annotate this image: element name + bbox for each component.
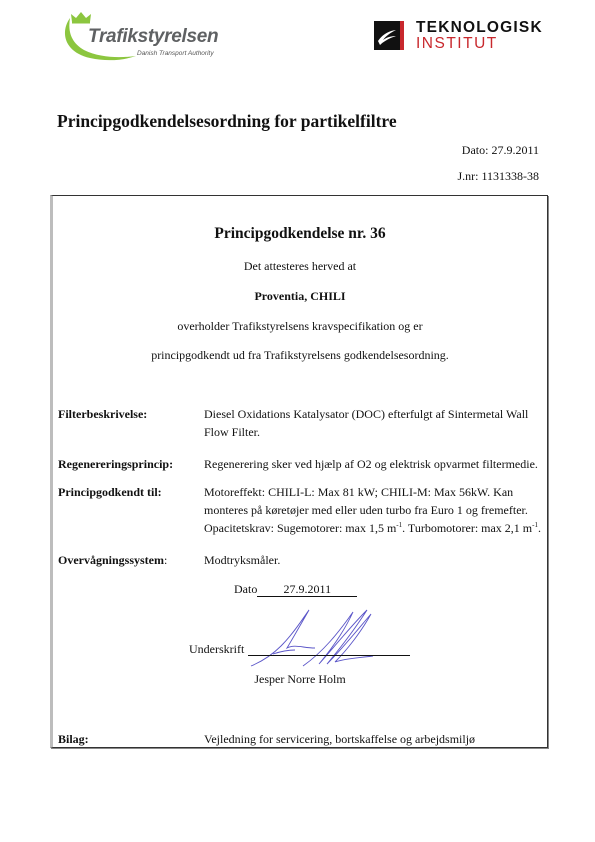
signature-line bbox=[248, 655, 410, 656]
signature-icon bbox=[243, 606, 383, 670]
bird-mark-icon bbox=[374, 21, 404, 50]
journal-number: J.nr: 1131338-38 bbox=[457, 169, 539, 184]
field-value: Regenerering sker ved hjælp af O2 og ele… bbox=[204, 455, 544, 473]
certificate-company: Proventia, CHILI bbox=[53, 289, 547, 304]
teknologisk-institut-logo: TEKNOLOGISK INSTITUT bbox=[374, 20, 554, 52]
field-value: Modtryksmåler. bbox=[204, 551, 544, 569]
trafikstyrelsen-logo: Trafikstyrelsen Danish Transport Authori… bbox=[60, 6, 230, 64]
certificate-statement-1: overholder Trafikstyrelsens kravspecifik… bbox=[53, 319, 547, 334]
field-label: Principgodkendt til: bbox=[58, 483, 162, 501]
document-title: Principgodkendelsesordning for partikelf… bbox=[57, 111, 397, 132]
document-date: Dato: 27.9.2011 bbox=[462, 143, 539, 158]
field-label: Overvågningssystem: bbox=[58, 551, 167, 569]
field-value: Motoreffekt: CHILI-L: Max 81 kW; CHILI-M… bbox=[204, 483, 544, 537]
signer-name: Jesper Norre Holm bbox=[53, 672, 547, 687]
certificate-statement-2: principgodkendt ud fra Trafikstyrelsens … bbox=[53, 348, 547, 363]
signature-label: Underskrift bbox=[189, 642, 244, 657]
field-value: Diesel Oxidations Katalysator (DOC) efte… bbox=[204, 405, 544, 441]
attachment-value: Vejledning for servicering, bortskaffels… bbox=[204, 732, 475, 747]
signature-date-label: Dato bbox=[234, 582, 257, 596]
field-label: Filterbeskrivelse: bbox=[58, 405, 147, 423]
field-label: Regenereringsprincip: bbox=[58, 455, 173, 473]
signature-date: Dato27.9.2011 bbox=[234, 582, 357, 597]
signature-date-value: 27.9.2011 bbox=[257, 583, 357, 597]
logo-subtitle: Danish Transport Authority bbox=[137, 50, 214, 57]
certificate-intro: Det attesteres herved at bbox=[53, 259, 547, 274]
attachment-label: Bilag: bbox=[58, 732, 89, 747]
logo-line2: INSTITUT bbox=[416, 35, 498, 53]
logo-name: Trafikstyrelsen bbox=[88, 26, 218, 48]
certificate-box: Principgodkendelse nr. 36 Det attesteres… bbox=[50, 195, 548, 748]
certificate-title: Principgodkendelse nr. 36 bbox=[53, 225, 547, 243]
